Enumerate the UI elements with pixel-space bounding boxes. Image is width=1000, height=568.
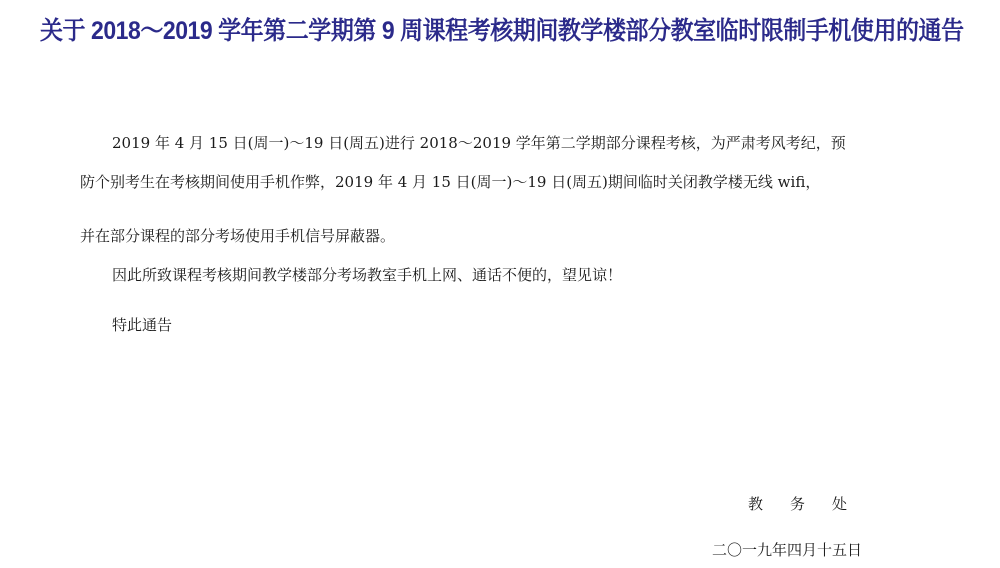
paragraph-1-line-3: 并在部分课程的部分考场使用手机信号屏蔽器。 [80,226,395,246]
closing-statement: 特此通告 [112,315,172,335]
paragraph-1-line-2: 防个别考生在考核期间使用手机作弊，2019 年 4 月 15 日(周一)～19 … [80,172,820,192]
notice-title: 关于 2018～2019 学年第二学期第 9 周课程考核期间教学楼部分教室临时限… [40,14,960,48]
paragraph-1-line-1: 2019 年 4 月 15 日(周一)～19 日(周五)进行 2018～2019… [112,133,846,153]
paragraph-2: 因此所致课程考核期间教学楼部分考场教室手机上网、通话不便的，望见谅！ [112,265,622,285]
issue-date: 二〇一九年四月十五日 [712,539,862,560]
issuer-signature: 教务处 [748,493,874,514]
